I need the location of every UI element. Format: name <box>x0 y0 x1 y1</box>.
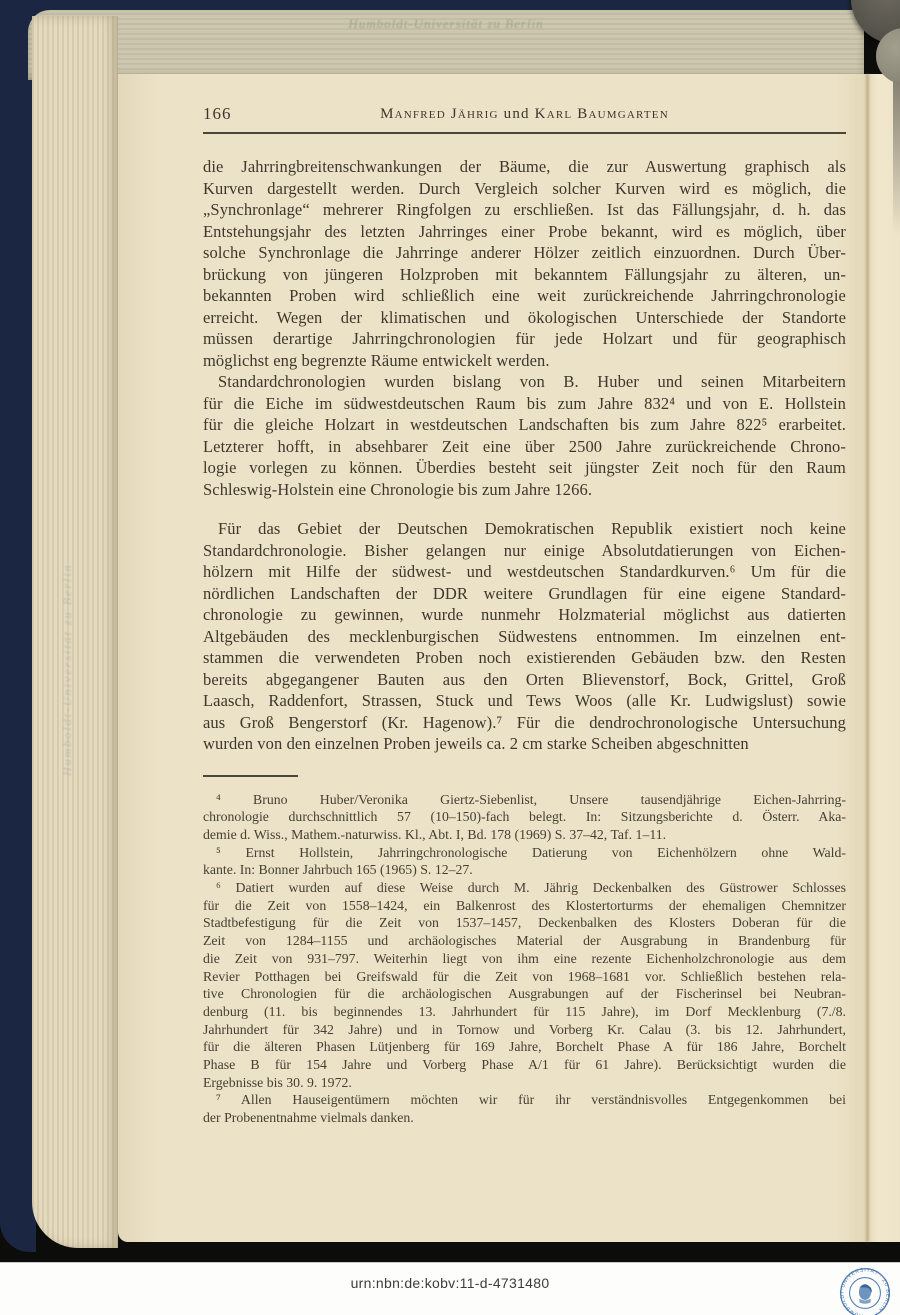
page-header: 166 Manfred Jährig und Karl Baumgarten <box>203 104 846 124</box>
text-line: wurden von den einzelnen Proben jeweils … <box>203 733 846 755</box>
text-line: ⁵ Ernst Hollstein, Jahrringchronologisch… <box>203 844 846 862</box>
seal-portrait-icon <box>859 1284 872 1304</box>
text-line: Phase B für 154 Jahre und Vorberg Phase … <box>203 1056 846 1074</box>
text-line: stammen die verwendeten Proben noch exis… <box>203 647 846 669</box>
printed-content: 166 Manfred Jährig und Karl Baumgarten d… <box>203 104 846 1127</box>
text-line: Kurven dargestellt werden. Durch Verglei… <box>203 178 846 200</box>
text-line: brückung von jüngeren Holzproben mit bek… <box>203 264 846 286</box>
text-line: Standardchronologie. Bisher gelangen nur… <box>203 540 846 562</box>
text-line: logie vorlegen zu können. Überdies beste… <box>203 457 846 479</box>
text-line: möglichst eng begrenzte Räume entwickelt… <box>203 350 846 372</box>
library-seal-stamp: HUMBOLDT-UNIVERSITÄT · ZU BERLIN · <box>837 1265 893 1315</box>
top-edge-library-stamp: Humboldt-Universität zu Berlin <box>348 16 543 32</box>
text-line: Zeit von 1284–1155 und archäologisches M… <box>203 932 846 950</box>
gutter-crease <box>866 74 869 1242</box>
text-line: Ergebnisse bis 30. 9. 1972. <box>203 1074 846 1092</box>
text-line: Altgebäuden des mecklenburgischen Südwes… <box>203 626 846 648</box>
text-line: für die älteren Phasen Lütjenberg für 16… <box>203 1038 846 1056</box>
text-line: denburg (11. bis beginnendes 13. Jahrhun… <box>203 1003 846 1021</box>
text-line: Für das Gebiet der Deutschen Demokratisc… <box>203 518 846 540</box>
text-line: aus Groß Bengerstorf (Kr. Hagenow).⁷ Für… <box>203 712 846 734</box>
body-text: die Jahrringbreitenschwankungen der Bäum… <box>203 156 846 755</box>
text-line: „Synchronlage“ mehrerer Ringfolgen zu er… <box>203 199 846 221</box>
text-line: Stadtbefestigung für die Zeit von 1537–1… <box>203 914 846 932</box>
text-line: Letzterer hofft, in absehbarer Zeit eine… <box>203 436 846 458</box>
author-conjunction: und <box>499 106 535 122</box>
author-name-1: Manfred Jährig <box>380 106 499 122</box>
text-line: bereits abgegangener Bauten aus den Orte… <box>203 669 846 691</box>
text-line: chronologie zu gewinnen, wurde nunmehr H… <box>203 604 846 626</box>
text-line: die Jahrringbreitenschwankungen der Bäum… <box>203 156 846 178</box>
book-cover-spine <box>0 0 36 1252</box>
text-line: Jahrhundert für 342 Jahre) und in Tornow… <box>203 1021 846 1039</box>
text-line: demie d. Wiss., Mathem.-naturwiss. Kl., … <box>203 826 846 844</box>
text-line: erreicht. Wegen der klimatischen und öko… <box>203 307 846 329</box>
text-line: bekannten Proben wird schließlich eine w… <box>203 285 846 307</box>
text-line: für die Eiche im südwestdeutschen Raum b… <box>203 393 846 415</box>
urn-identifier: urn:nbn:de:kobv:11-d-4731480 <box>0 1275 900 1291</box>
text-line: kante. In: Bonner Jahrbuch 165 (1965) S.… <box>203 861 846 879</box>
running-header: Manfred Jährig und Karl Baumgarten <box>203 104 846 124</box>
page-block-fore-edges: Humboldt-Universität zu Berlin <box>32 16 118 1248</box>
text-line: ⁷ Allen Hauseigentümern möchten wir für … <box>203 1091 846 1109</box>
text-line: tive Chronologien für die archäologische… <box>203 985 846 1003</box>
text-line: die Zeit von 931–797. Weiterhin liegt vo… <box>203 950 846 968</box>
header-rule <box>203 132 846 134</box>
text-line: Laasch, Raddenfort, Strassen, Stuck und … <box>203 690 846 712</box>
text-line: Revier Potthagen bei Greifswald für die … <box>203 968 846 986</box>
scan-footer-bar: urn:nbn:de:kobv:11-d-4731480 HUMBOLDT-UN… <box>0 1262 900 1315</box>
text-line: für die gleiche Holzart in westdeutschen… <box>203 414 846 436</box>
text-line: nördlichen Landschaften der DDR weitere … <box>203 583 846 605</box>
text-line: für die Zeit von 1558–1424, ein Balkenro… <box>203 897 846 915</box>
text-line: der Probenentnahme vielmals danken. <box>203 1109 846 1127</box>
footnotes: ⁴ Bruno Huber/Veronika Giertz-Siebenlist… <box>203 791 846 1127</box>
text-line: ⁶ Datiert wurden auf diese Weise durch M… <box>203 879 846 897</box>
text-line: Entstehungsjahr des letzten Jahrringes e… <box>203 221 846 243</box>
text-line: ⁴ Bruno Huber/Veronika Giertz-Siebenlist… <box>203 791 846 809</box>
text-line: hölzern mit Hilfe der südwest- und westd… <box>203 561 846 583</box>
gutter-shadow <box>893 74 900 234</box>
text-line: solche Synchronlage die Jahrringe andere… <box>203 242 846 264</box>
fore-edge-library-mark: Humboldt-Universität zu Berlin <box>60 563 75 776</box>
author-name-2: Karl Baumgarten <box>535 106 669 122</box>
text-line: Schleswig-Holstein eine Chronologie bis … <box>203 479 846 501</box>
text-line: müssen derartige Jahrringchronologien fü… <box>203 328 846 350</box>
scanned-book-page: Humboldt-Universität zu Berlin Humboldt-… <box>0 0 900 1315</box>
page-block-top-edges: Humboldt-Universität zu Berlin <box>28 10 864 80</box>
text-line: chronologie durchschnittlich 57 (10–150)… <box>203 808 846 826</box>
page-number: 166 <box>203 104 232 124</box>
footnote-separator-rule <box>203 775 298 777</box>
text-line: Standardchronologien wurden bislang von … <box>203 371 846 393</box>
